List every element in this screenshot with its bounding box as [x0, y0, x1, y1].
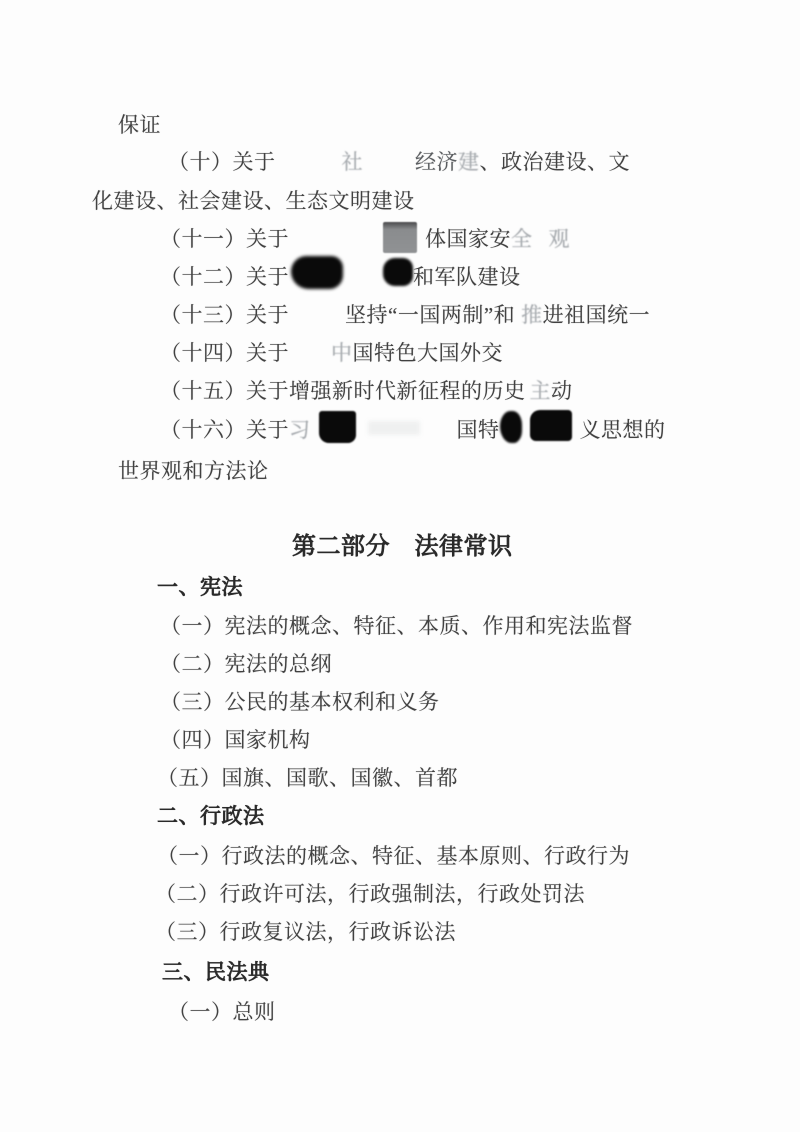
text-segment: （二）宪法的总纲 — [160, 649, 332, 679]
text-segment: 国特 — [457, 415, 500, 445]
spacer — [289, 359, 331, 360]
text-segment: （一）宪法的概念、特征、本质、作用和宪法监督 — [160, 611, 633, 641]
text-line: （十五）关于增强新时代新征程的历史主动 — [160, 376, 573, 406]
text-segment: （三）行政复议法，行政诉讼法 — [155, 917, 456, 947]
text-segment: 经济 — [415, 147, 458, 177]
spacer — [343, 283, 383, 284]
text-line: （四）国家机构 — [160, 725, 311, 755]
text-line: （二）行政许可法，行政强制法，行政处罚法 — [155, 879, 585, 909]
text-segment: 三、民法典 — [162, 958, 270, 988]
ghost-text: 中 — [331, 338, 353, 368]
text-segment: （十）关于 — [168, 147, 276, 177]
text-line: （十三）关于坚持“一国两制”和推进祖国统一 — [160, 300, 650, 330]
subsection-heading: 三、民法典 — [162, 958, 270, 988]
redaction-ink-blob — [500, 411, 522, 443]
section-heading: 第二部分 法律常识 — [292, 532, 513, 562]
text-line: （十一）关于体国家安全观 — [160, 224, 570, 254]
text-segment: 体国家安 — [425, 224, 511, 254]
text-line: 保证 — [118, 110, 161, 140]
text-segment: 第二部分 法律常识 — [292, 532, 513, 562]
spacer — [420, 436, 457, 437]
text-segment: （二）行政许可法，行政强制法，行政处罚法 — [155, 879, 585, 909]
subsection-heading: 二、行政法 — [157, 802, 265, 832]
text-segment: 化建设、社会建设、生态文明建设 — [92, 186, 415, 216]
text-line: （一）总则 — [168, 997, 276, 1027]
text-segment: （五）国旗、国歌、国徽、首都 — [157, 763, 458, 793]
text-segment: 、政治建设、文 — [480, 147, 631, 177]
text-segment: 进祖国统一 — [543, 300, 651, 330]
spacer — [311, 436, 319, 437]
ghost-text: 全 — [511, 224, 533, 254]
ghost-text: 主 — [530, 376, 552, 406]
ghost-text: 观 — [549, 224, 571, 254]
text-line: （十）关于社经济建、政治建设、文 — [168, 147, 630, 177]
ghost-text: 推 — [521, 300, 543, 330]
redaction-black-box — [530, 410, 572, 441]
redaction-ink-blob — [383, 258, 413, 286]
text-line: 世界观和方法论 — [118, 456, 269, 486]
spacer — [289, 245, 383, 246]
text-segment: （十二）关于 — [160, 262, 289, 292]
text-segment: 和军队建设 — [413, 262, 521, 292]
text-line: （三）公民的基本权利和义务 — [160, 687, 440, 717]
text-segment: 坚持“一国两制”和 — [345, 300, 515, 330]
text-segment: 一、宪法 — [157, 573, 243, 603]
text-segment: （一）行政法的概念、特征、基本原则、行政行为 — [157, 841, 630, 871]
text-segment: （三）公民的基本权利和义务 — [160, 687, 440, 717]
ghost-text: 建 — [458, 147, 480, 177]
text-line: （十二）关于和军队建设 — [160, 262, 521, 292]
text-segment: （十三）关于 — [160, 300, 289, 330]
text-line: （十四）关于中国特色大国外交 — [160, 338, 503, 368]
redaction-gray-box — [383, 222, 417, 253]
text-segment: 国特色大国外交 — [353, 338, 504, 368]
text-segment: 世界观和方法论 — [118, 456, 269, 486]
spacer — [289, 283, 291, 284]
text-line: （一）宪法的概念、特征、本质、作用和宪法监督 — [160, 611, 633, 641]
text-segment: 二、行政法 — [157, 802, 265, 832]
spacer — [572, 436, 580, 437]
text-line: 化建设、社会建设、生态文明建设 — [92, 186, 415, 216]
ghost-text: 习 — [289, 415, 311, 445]
text-line: （二）宪法的总纲 — [160, 649, 332, 679]
spacer — [276, 168, 342, 169]
ghost-text: 社 — [342, 147, 364, 177]
text-segment: （十四）关于 — [160, 338, 289, 368]
smudge-mark — [368, 421, 420, 435]
text-line: （三）行政复议法，行政诉讼法 — [155, 917, 456, 947]
text-segment: 保证 — [118, 110, 161, 140]
text-segment: （十五）关于增强新时代新征程的历史 — [160, 376, 526, 406]
text-segment: （十一）关于 — [160, 224, 289, 254]
spacer — [363, 168, 415, 169]
text-segment: （四）国家机构 — [160, 725, 311, 755]
text-line: （十六）关于习国特义思想的 — [160, 415, 666, 445]
text-segment: 义思想的 — [580, 415, 666, 445]
spacer — [356, 436, 368, 437]
spacer — [522, 436, 530, 437]
text-segment: （一）总则 — [168, 997, 276, 1027]
spacer — [289, 321, 345, 322]
subsection-heading: 一、宪法 — [157, 573, 243, 603]
redaction-black-box — [319, 411, 356, 443]
text-segment: （十六）关于 — [160, 415, 289, 445]
redaction-ink-blob — [291, 256, 343, 289]
text-line: （一）行政法的概念、特征、基本原则、行政行为 — [157, 841, 630, 871]
text-segment: 动 — [551, 376, 573, 406]
spacer — [417, 245, 425, 246]
document-page: 保证 （十）关于社经济建、政治建设、文 化建设、社会建设、生态文明建设 （十一）… — [0, 0, 800, 1132]
text-line: （五）国旗、国歌、国徽、首都 — [157, 763, 458, 793]
spacer — [533, 245, 549, 246]
